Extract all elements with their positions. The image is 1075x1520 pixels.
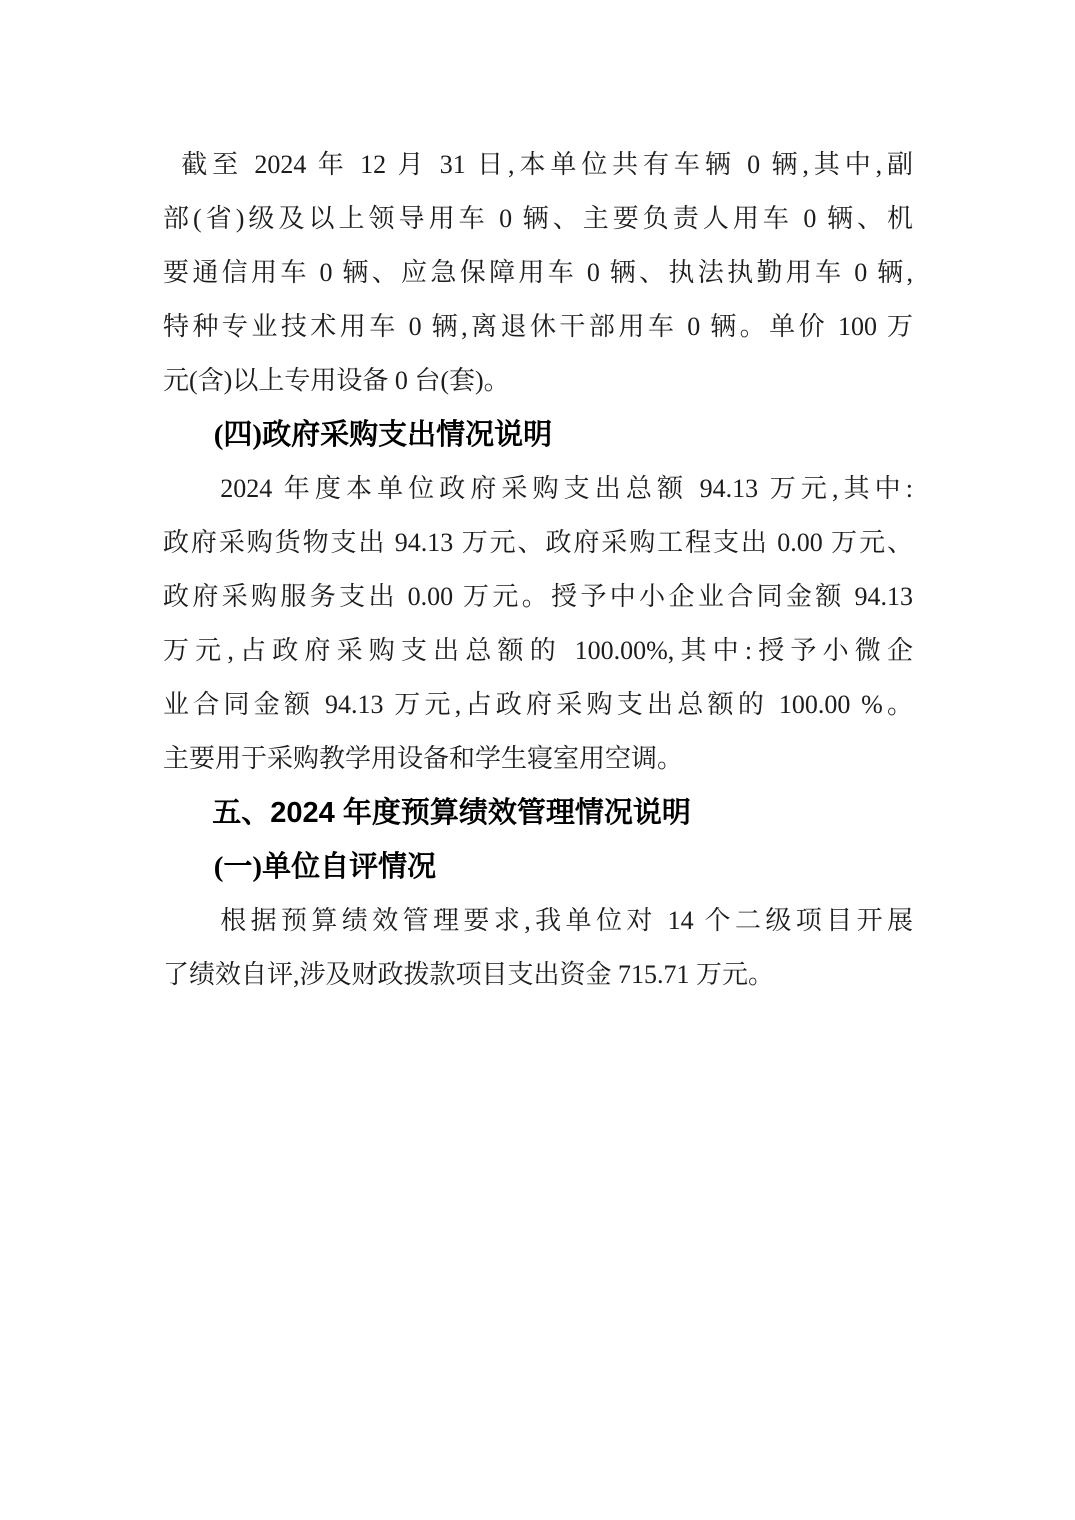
document-text-block: 截至 2024 年 12 月 31 日,本单位共有车辆 0 辆,其中,副部(省)… bbox=[163, 138, 913, 1002]
text-line: 2024 年度本单位政府采购支出总额 94.13 万元,其中: bbox=[163, 462, 913, 516]
text-line: 主要用于采购教学用设备和学生寝室用空调。 bbox=[163, 732, 913, 786]
text-line: 万元,占政府采购支出总额的 100.00%,其中:授予小微企 bbox=[163, 624, 913, 678]
text-line: 政府采购货物支出 94.13 万元、政府采购工程支出 0.00 万元、 bbox=[163, 516, 913, 570]
text-line: 根据预算绩效管理要求,我单位对 14 个二级项目开展 bbox=[163, 894, 913, 948]
document-page: 截至 2024 年 12 月 31 日,本单位共有车辆 0 辆,其中,副部(省)… bbox=[0, 0, 1075, 1520]
text-line: 特种专业技术用车 0 辆,离退休干部用车 0 辆。单价 100 万 bbox=[163, 300, 913, 354]
text-line: 要通信用车 0 辆、应急保障用车 0 辆、执法执勤用车 0 辆, bbox=[163, 246, 913, 300]
text-line: 截至 2024 年 12 月 31 日,本单位共有车辆 0 辆,其中,副 bbox=[163, 138, 913, 192]
heading-line: (四)政府采购支出情况说明 bbox=[163, 408, 913, 462]
text-line: 部(省)级及以上领导用车 0 辆、主要负责人用车 0 辆、机 bbox=[163, 192, 913, 246]
heading-line: (一)单位自评情况 bbox=[163, 840, 913, 894]
text-line: 业合同金额 94.13 万元,占政府采购支出总额的 100.00 %。 bbox=[163, 678, 913, 732]
text-line: 政府采购服务支出 0.00 万元。授予中小企业合同金额 94.13 bbox=[163, 570, 913, 624]
text-line: 元(含)以上专用设备 0 台(套)。 bbox=[163, 354, 913, 408]
text-line: 了绩效自评,涉及财政拨款项目支出资金 715.71 万元。 bbox=[163, 948, 913, 1002]
heading-line: 五、2024 年度预算绩效管理情况说明 bbox=[163, 786, 913, 840]
